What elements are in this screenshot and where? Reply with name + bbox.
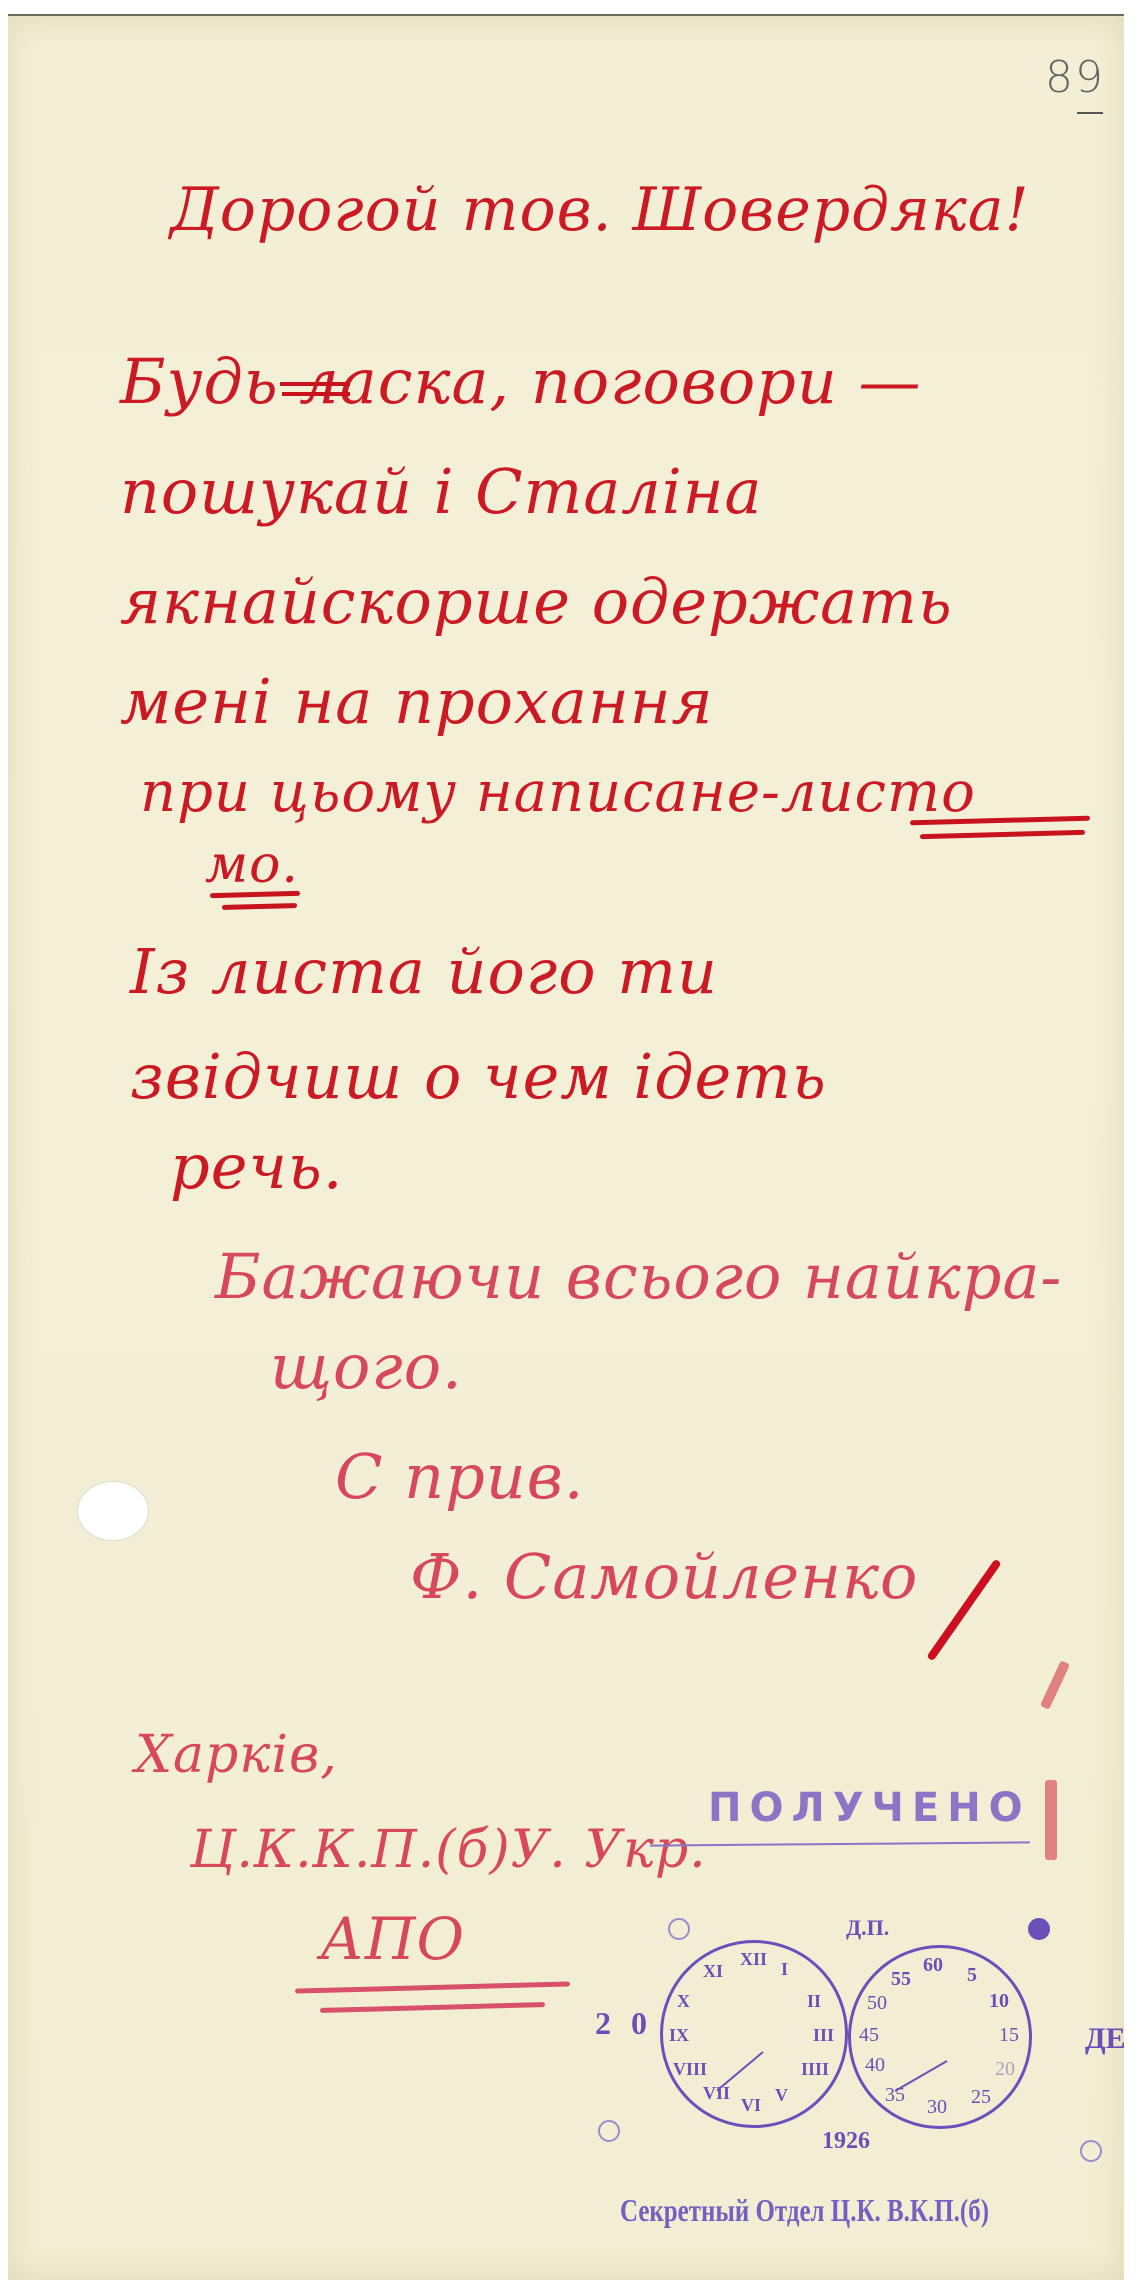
body-line-4: мені на прохання	[120, 665, 714, 738]
hour-mark: V	[775, 2085, 788, 2106]
hour-hand-icon	[716, 2051, 763, 2091]
stamp-dot	[668, 1918, 690, 1940]
crossed-out-mark-2	[282, 392, 350, 396]
hour-mark: VI	[741, 2095, 761, 2116]
body-line-9: речь.	[170, 1130, 343, 1203]
body-line-6: мо.	[205, 835, 299, 895]
minute-mark: 20	[995, 2058, 1015, 2081]
stamp-hour-dial: XII I II III IIII V VI VII VIII IX X XI	[660, 1940, 848, 2128]
hour-mark: XII	[740, 1949, 767, 1970]
ink-smear	[1045, 1780, 1057, 1860]
body-line-1: Будь ласка, поговори —	[120, 345, 922, 418]
hour-mark: IIII	[801, 2059, 829, 2080]
hour-mark: X	[677, 1991, 690, 2012]
minute-mark: 60	[923, 1954, 943, 1977]
punch-hole	[78, 1482, 148, 1540]
hour-mark: VIII	[673, 2059, 707, 2080]
stamp-year: 1926	[822, 2128, 870, 2155]
letter-greeting: Дорогой тов. Шовердяка!	[170, 175, 1030, 245]
crossed-out-mark	[280, 382, 350, 386]
stamp-minute-dial: 60 5 10 15 20 25 30 35 40 45 50 55	[848, 1945, 1032, 2129]
salutation: С прив.	[335, 1440, 585, 1513]
minute-mark: 25	[971, 2086, 991, 2109]
minute-mark: 55	[891, 1968, 911, 1991]
minute-mark: 40	[865, 2054, 885, 2077]
location-org: Ц.К.К.П.(б)У. Укр.	[190, 1820, 707, 1880]
minute-hand-icon	[895, 2060, 948, 2092]
stamp-month: ДЕ	[1085, 2022, 1126, 2056]
minute-mark: 15	[999, 2024, 1019, 2047]
minute-mark: 45	[859, 2024, 879, 2047]
hour-mark: I	[781, 1959, 788, 1980]
stamp-footer: Секретный Отдел Ц.К. В.К.П.(б)	[620, 2192, 989, 2229]
signature: Ф. Самойленко	[410, 1540, 918, 1613]
body-line-5: при цьому написане-листо	[140, 760, 976, 825]
minute-mark: 50	[867, 1992, 887, 2015]
minute-mark: 30	[927, 2096, 947, 2119]
closing-line-1: Бажаючи всього найкра-	[215, 1240, 1062, 1313]
hour-mark: II	[807, 1991, 821, 2012]
folio-underline	[1077, 112, 1103, 114]
folio-number: 89	[1045, 52, 1105, 103]
stamp-dot	[598, 2120, 620, 2142]
closing-line-2: щого.	[270, 1330, 463, 1403]
body-line-3: якнайскорше одержать	[120, 565, 953, 638]
minute-mark: 5	[967, 1964, 977, 1987]
hour-mark: XI	[703, 1961, 723, 1982]
stamp-dot-filled	[1028, 1918, 1050, 1940]
hour-mark: IX	[669, 2025, 689, 2046]
stamp-dp-mark: Д.П.	[846, 1915, 889, 1941]
stamp-day: 2 0	[595, 2005, 653, 2042]
body-line-8: звідчиш о чем ідеть	[130, 1040, 827, 1113]
stamp-received-header: ПОЛУЧЕНО	[708, 1785, 1031, 1831]
minute-mark: 10	[989, 1990, 1009, 2013]
stamp-dot	[1080, 2140, 1102, 2162]
body-line-7: Із листа його ти	[130, 935, 718, 1008]
hour-mark: VII	[703, 2083, 730, 2104]
body-line-2: пошукай і Сталіна	[120, 455, 762, 528]
location-dept: АПО	[320, 1905, 465, 1973]
hour-mark: III	[813, 2025, 834, 2046]
location-city: Харків,	[135, 1725, 338, 1785]
